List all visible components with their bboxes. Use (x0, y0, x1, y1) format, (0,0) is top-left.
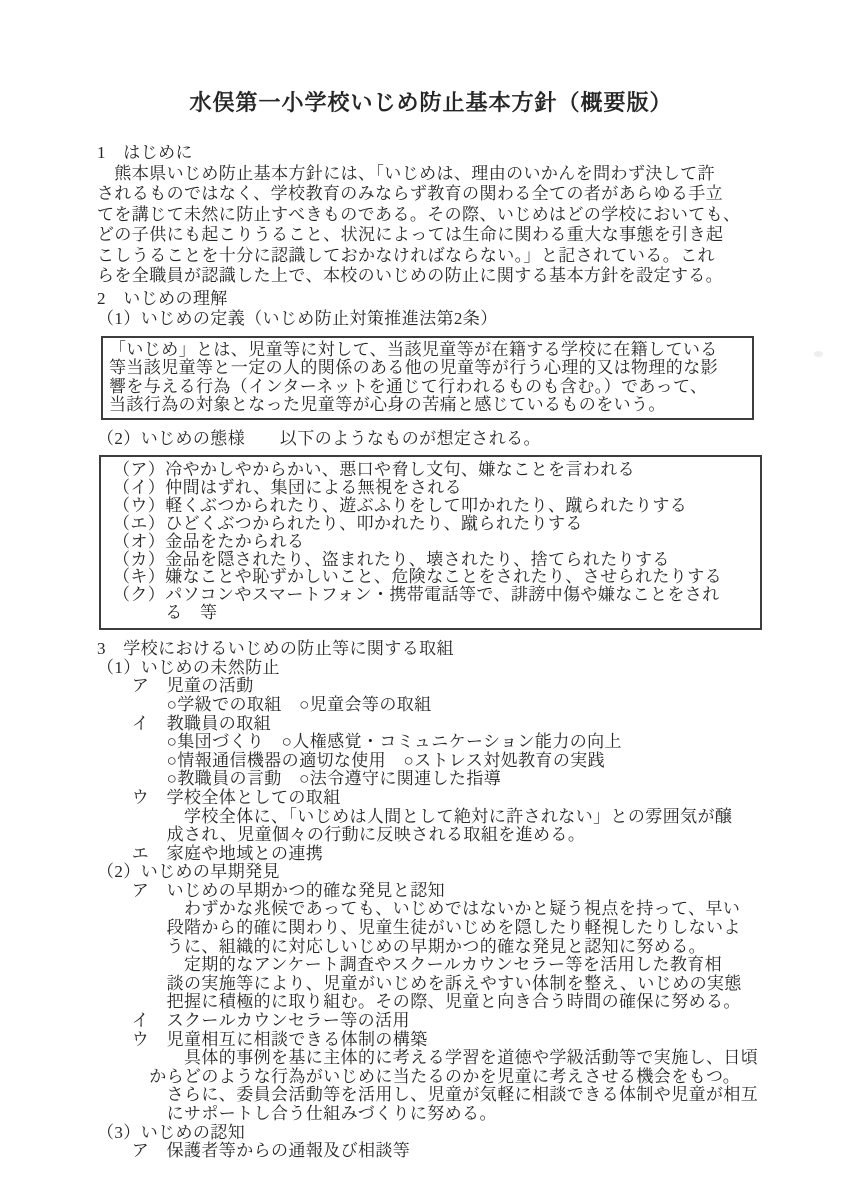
taiyo-list: （ア）冷やかしやからかい、悪口や脅し文句、嫌なことを言われる （イ）仲間はずれ、… (113, 461, 748, 622)
definition-box: 「いじめ」とは、児童等に対して、当該児童等が在籍する学校に在籍している 等当該児… (101, 336, 754, 420)
section-3-text: 3 学校におけるいじめの防止等に関する取組 （1）いじめの未然防止 ア 児童の活… (97, 640, 849, 1161)
taiyo-box: （ア）冷やかしやからかい、悪口や脅し文句、嫌なことを言われる （イ）仲間はずれ、… (99, 455, 762, 630)
definition-heading: （1）いじめの定義（いじめ防止対策推進法第2条） (97, 309, 849, 330)
section-2-heading: 2 いじめの理解 (97, 289, 849, 310)
document-title: 水俣第一小学校いじめ防止基本方針（概要版） (97, 86, 765, 117)
definition-text: 「いじめ」とは、児童等に対して、当該児童等が在籍する学校に在籍している 等当該児… (109, 341, 746, 415)
taiyo-heading: （2）いじめの態様 以下のようなものが想定される。 (97, 429, 849, 450)
section-1-paragraph: 熊本県いじめ防止基本方針には、「いじめは、理由のいかんを問わず決して許 されるも… (97, 164, 849, 287)
section-1-heading: 1 はじめに (97, 143, 849, 164)
scan-artifact (814, 351, 823, 357)
document-page: 水俣第一小学校いじめ防止基本方針（概要版） 1 はじめに 熊本県いじめ防止基本方… (0, 0, 849, 1200)
document-content: 水俣第一小学校いじめ防止基本方針（概要版） 1 はじめに 熊本県いじめ防止基本方… (0, 0, 849, 1161)
